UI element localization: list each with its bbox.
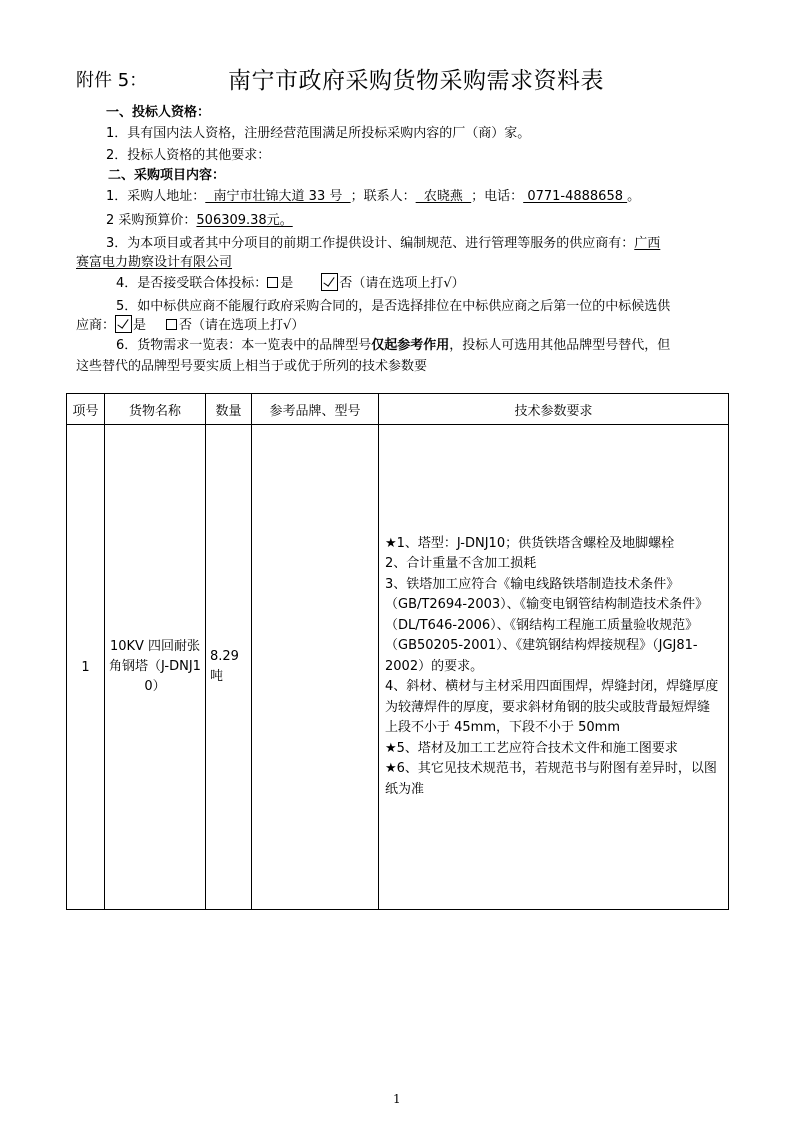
phone-label: ；电话： xyxy=(471,189,523,204)
requirements-table: 项号 货物名称 数量 参考品牌、型号 技术参数要求 1 10KV 四回耐张角钢塔… xyxy=(66,393,729,910)
backup-winner-line-1: 5．如中标供应商不能履行政府采购合同的，是否选择排位在中标供应商之后第一位的中标… xyxy=(116,295,670,314)
option-yes-label: 是 xyxy=(133,318,146,333)
contact-person: 农晓燕 xyxy=(416,189,472,204)
goods-list-line-2: 这些替代的品牌型号要实质上相当于或优于所列的技术参数要 xyxy=(76,355,427,374)
consortium-question: 4．是否接受联合体投标： xyxy=(116,276,267,291)
backup-winner-label: 应商： xyxy=(76,318,115,333)
address-label: 1．采购人地址： xyxy=(106,189,205,204)
purchaser-info-line: 1．采购人地址： 南宁市壮锦大道 33 号 ；联系人： 农晓燕 ；电话： 077… xyxy=(106,185,640,204)
goods-list-text-a: 6．货物需求一览表：本一览表中的品牌型号 xyxy=(116,338,371,353)
cell-tech-requirements: ★1、塔型：J-DNJ10；供货铁塔含螺栓及地脚螺栓 2、合计重量不含加工损耗 … xyxy=(379,425,729,910)
backup-winner-line-2: 应商：是否（请在选项上打√） xyxy=(76,314,304,333)
line-end: 。 xyxy=(627,189,640,204)
header-goods-name: 货物名称 xyxy=(105,394,206,425)
cell-quantity: 8.29 吨 xyxy=(206,425,252,910)
qualification-item-1: 1．具有国内法人资格，注册经营范围满足所投标采购内容的厂（商）家。 xyxy=(106,122,530,141)
qualification-item-2: 2．投标人资格的其他要求： xyxy=(106,144,270,163)
spec-item-3: 3、铁塔加工应符合《输电线路铁塔制造技术条件》（GB/T2694-2003）、《… xyxy=(385,575,722,678)
option-no-label: 否 xyxy=(339,276,352,291)
cell-goods-name: 10KV 四回耐张角钢塔（J-DNJ10） xyxy=(105,425,206,910)
header-reference-brand: 参考品牌、型号 xyxy=(252,394,379,425)
option-yes-label: 是 xyxy=(280,276,293,291)
checkbox-backup-yes[interactable] xyxy=(115,315,132,333)
checkbox-consortium-yes[interactable] xyxy=(267,277,278,288)
cell-reference-brand xyxy=(252,425,379,910)
goods-list-line-1: 6．货物需求一览表：本一览表中的品牌型号仅起参考作用，投标人可选用其他品牌型号替… xyxy=(116,334,670,353)
spec-item-5: ★5、塔材及加工工艺应符合技术文件和施工图要求 xyxy=(385,739,722,760)
section-heading-project-content: 二、采购项目内容： xyxy=(108,164,225,183)
consortium-bid-line: 4．是否接受联合体投标：是否（请在选项上打√） xyxy=(116,272,465,291)
reference-only-note: 仅起参考作用 xyxy=(371,338,449,353)
table-header-row: 项号 货物名称 数量 参考品牌、型号 技术参数要求 xyxy=(67,394,729,425)
phone-number: 0771-4888658 xyxy=(523,189,627,204)
budget-line: 2 采购预算价：506309.38元。 xyxy=(106,209,293,228)
prior-supplier-name-part2: 赛富电力勘察设计有限公司 xyxy=(76,255,232,270)
prior-supplier-line-2: 赛富电力勘察设计有限公司 xyxy=(76,251,232,270)
document-title: 南宁市政府采购货物采购需求资料表 xyxy=(228,62,604,95)
header-tech-requirements: 技术参数要求 xyxy=(379,394,729,425)
header-item-no: 项号 xyxy=(67,394,105,425)
table-row: 1 10KV 四回耐张角钢塔（J-DNJ10） 8.29 吨 ★1、塔型：J-D… xyxy=(67,425,729,910)
spec-item-2: 2、合计重量不含加工损耗 xyxy=(385,554,722,575)
attachment-label: 附件 5： xyxy=(76,66,147,92)
checkbox-backup-no[interactable] xyxy=(166,319,177,330)
page-number: 1 xyxy=(393,1092,401,1106)
budget-label: 2 采购预算价： xyxy=(106,213,196,228)
checkbox-consortium-no[interactable] xyxy=(321,273,338,291)
prior-supplier-line-1: 3．为本项目或者其中分项目的前期工作提供设计、编制规范、进行管理等服务的供应商有… xyxy=(106,232,660,251)
contact-label: ；联系人： xyxy=(351,189,416,204)
prior-supplier-text: 3．为本项目或者其中分项目的前期工作提供设计、编制规范、进行管理等服务的供应商有… xyxy=(106,236,634,251)
spec-item-1: ★1、塔型：J-DNJ10；供货铁塔含螺栓及地脚螺栓 xyxy=(385,534,722,555)
hint-text: （请在选项上打√） xyxy=(352,276,464,291)
hint-text: （请在选项上打√） xyxy=(192,318,304,333)
spec-item-4: 4、斜材、横材与主材采用四面围焊，焊缝封闭，焊缝厚度为较薄焊件的厚度，要求斜材角… xyxy=(385,677,722,739)
cell-item-no: 1 xyxy=(67,425,105,910)
option-no-label: 否 xyxy=(179,318,192,333)
budget-value: 506309.38元。 xyxy=(196,213,292,228)
section-heading-bidder-qualification: 一、投标人资格： xyxy=(106,101,210,120)
prior-supplier-name-part1: 广西 xyxy=(634,236,660,251)
header-quantity: 数量 xyxy=(206,394,252,425)
spec-item-6: ★6、其它见技术规范书，若规范书与附图有差异时，以图纸为准 xyxy=(385,759,722,800)
goods-list-text-b: ，投标人可选用其他品牌型号替代，但 xyxy=(449,338,670,353)
purchaser-address: 南宁市壮锦大道 33 号 xyxy=(205,189,350,204)
